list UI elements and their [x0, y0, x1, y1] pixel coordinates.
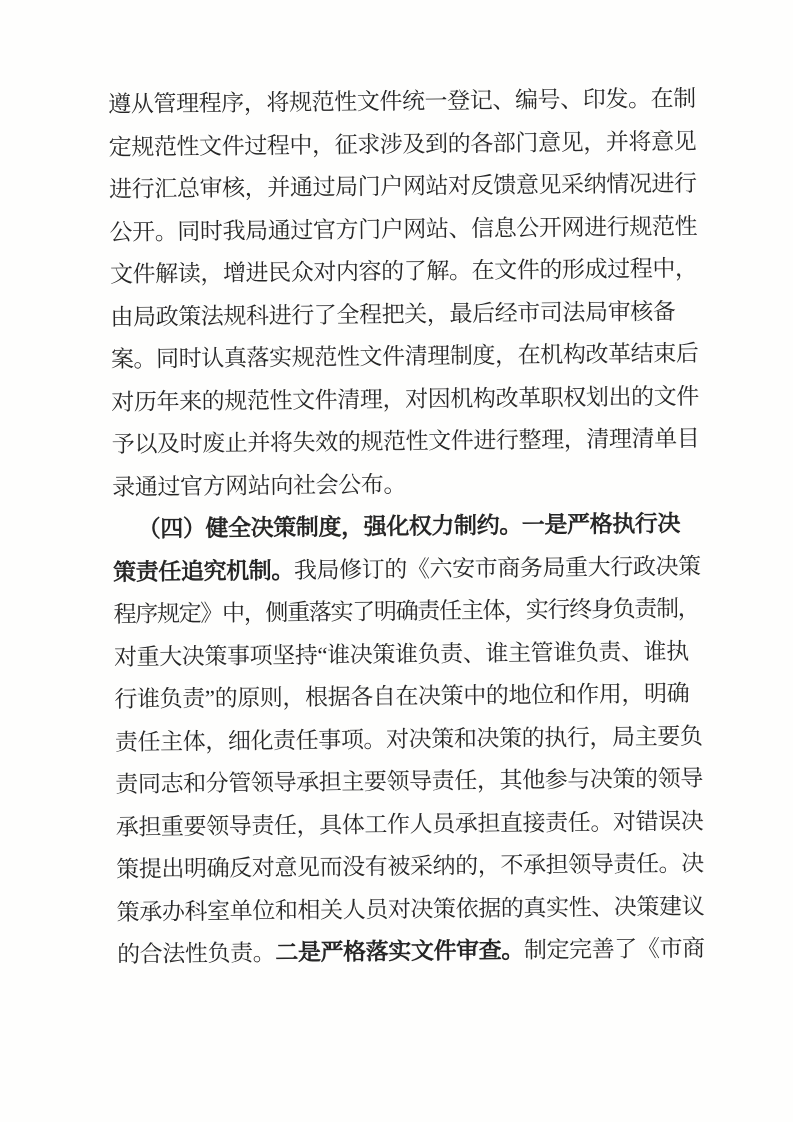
document-text: 遵从管理程序，将规范性文件统一登记、编号、印发。在制定规范性文件过程中，征求涉及…	[108, 78, 717, 977]
text-line: 对重大决策事项坚持“谁决策谁负责、谁主管谁负责、谁执	[114, 630, 714, 679]
text-line: 予以及时废止并将失效的规范性文件进行整理，清理清单目	[112, 418, 712, 467]
text-line: 文件解读，增进民众对内容的了解。在文件的形成过程中，	[110, 248, 710, 297]
text-segment: 遵从管理程序，将规范性文件统一登记、编号、印发。在制	[108, 86, 696, 117]
text-segment: 的合法性负责。	[117, 940, 275, 967]
text-line: 案。同时认真落实规范性文件清理制度，在机构改革结束后	[111, 333, 711, 382]
text-line: 的合法性负责。二是严格落实文件审查。制定完善了《市商	[117, 928, 717, 977]
text-line: 由局政策法规科进行了全程把关，最后经市司法局审核备	[110, 290, 710, 339]
text-segment: 由局政策法规科进行了全程把关，最后经市司法局审核备	[110, 299, 675, 330]
text-line: 程序规定》中，侧重落实了明确责任主体，实行终身负责制，	[113, 588, 713, 637]
text-segment: 我局修订的《六安市商务局重大行政决策	[294, 553, 701, 582]
bold-text-segment: 二是严格落实文件审查。	[275, 938, 524, 966]
text-line: 定规范性文件过程中，征求涉及到的各部门意见，并将意见	[108, 120, 708, 169]
text-segment: 程序规定》中，侧重落实了明确责任主体，实行终身负责制，	[113, 596, 699, 627]
text-line: 对历年来的规范性文件清理，对因机构改革职权划出的文件	[111, 375, 711, 424]
paragraph-normative-documents: 遵从管理程序，将规范性文件统一登记、编号、印发。在制定规范性文件过程中，征求涉及…	[108, 78, 712, 509]
text-line: 责同志和分管领导承担主要领导责任，其他参与决策的领导	[115, 758, 715, 807]
text-segment: 承担重要领导责任，具体工作人员承担直接责任。对错误决	[116, 808, 704, 839]
document-page: 遵从管理程序，将规范性文件统一登记、编号、印发。在制定规范性文件过程中，征求涉及…	[0, 0, 793, 1122]
text-line: 遵从管理程序，将规范性文件统一登记、编号、印发。在制	[108, 78, 708, 127]
text-segment: 进行汇总审核，并通过局门户网站对反馈意见采纳情况进行	[109, 171, 697, 202]
text-line: 策责任追究机制。我局修订的《六安市商务局重大行政决策	[113, 545, 713, 594]
text-segment: 责同志和分管领导承担主要领导责任，其他参与决策的领导	[115, 766, 703, 797]
text-segment: 对历年来的规范性文件清理，对因机构改革职权划出的文件	[111, 383, 699, 414]
bold-text-segment: （四）健全决策制度，强化权力制约。一是严格执行决	[138, 511, 681, 542]
text-segment: 案。同时认真落实规范性文件清理制度，在机构改革结束后	[111, 341, 699, 372]
text-segment: 责任主体，细化责任事项。对决策和决策的执行，局主要负	[115, 723, 703, 754]
text-line: （四）健全决策制度，强化权力制约。一是严格执行决	[112, 503, 712, 552]
text-line: 责任主体，细化责任事项。对决策和决策的执行，局主要负	[115, 715, 715, 764]
text-segment: 策提出明确反对意见而没有被采纳的，不承担领导责任。决	[116, 851, 704, 882]
text-segment: 制定完善了《市商	[524, 936, 705, 963]
text-segment: 定规范性文件过程中，征求涉及到的各部门意见，并将意见	[109, 128, 697, 159]
text-segment: 行谁负责”的原则，根据各自在决策中的地位和作用，明确	[114, 681, 689, 712]
text-line: 公开。同时我局通过官方门户网站、信息公开网进行规范性	[109, 205, 709, 254]
text-line: 承担重要领导责任，具体工作人员承担直接责任。对错误决	[116, 800, 716, 849]
text-line: 录通过官方网站向社会公布。	[112, 460, 712, 509]
text-segment: 对重大决策事项坚持“谁决策谁负责、谁主管谁负责、谁执	[114, 638, 689, 669]
text-segment: 公开。同时我局通过官方门户网站、信息公开网进行规范性	[109, 213, 697, 244]
text-line: 策承办科室单位和相关人员对决策依据的真实性、决策建议	[116, 885, 716, 934]
text-segment: 策承办科室单位和相关人员对决策依据的真实性、决策建议	[117, 893, 705, 924]
bold-text-segment: 策责任追究机制。	[113, 558, 294, 585]
text-segment: 文件解读，增进民众对内容的了解。在文件的形成过程中，	[110, 256, 698, 287]
paragraph-section-four-decision-system: （四）健全决策制度，强化权力制约。一是严格执行决策责任追究机制。我局修订的《六安…	[112, 503, 717, 977]
text-segment: 予以及时废止并将失效的规范性文件进行整理，清理清单目	[112, 426, 700, 457]
text-line: 进行汇总审核，并通过局门户网站对反馈意见采纳情况进行	[109, 163, 709, 212]
text-segment: 录通过官方网站向社会公布。	[112, 471, 406, 499]
text-line: 策提出明确反对意见而没有被采纳的，不承担领导责任。决	[116, 843, 716, 892]
text-line: 行谁负责”的原则，根据各自在决策中的地位和作用，明确	[114, 673, 714, 722]
